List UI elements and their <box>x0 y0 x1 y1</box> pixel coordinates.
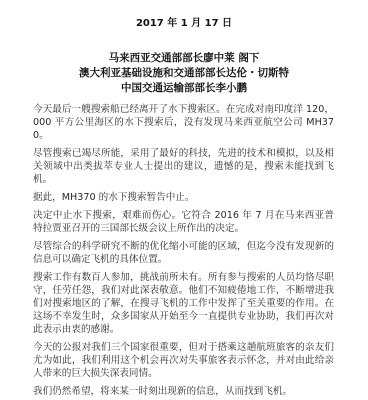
paragraph: 搜索工作有数百人参加，挑战前所未有。所有参与搜索的人员均恪尽职守，任劳任怨，我们… <box>33 271 334 336</box>
paragraph: 决定中止水下搜索，艰难而伤心。它符合 2016 年 7 月在马来西亚普特拉贾亚召… <box>33 209 334 235</box>
paragraph: 今天的公报对我们三个国家很重要，但对于搭乘这趟航班旅客的亲友们尤为如此，我们利用… <box>33 341 334 380</box>
document-date: 2017 年 1 月 17 日 <box>0 17 368 31</box>
recipient-titles: 马来西亚交通部部长廖中莱 阁下 澳大利亚基础设施和交通部部长达伦・切斯特 中国交… <box>0 51 368 96</box>
document-page: 2017 年 1 月 17 日 马来西亚交通部部长廖中莱 阁下 澳大利亚基础设施… <box>0 0 368 400</box>
paragraph: 尽管综合的科学研究不断的优化缩小可能的区域，但迄今没有发现新的信息可以确定飞机的… <box>33 240 334 266</box>
document-body: 今天最后一艘搜索船已经离开了水下搜索区。在完成对南印度洋 120，000 平方公… <box>33 103 334 400</box>
title-china-minister: 中国交通运输部部长李小鹏 <box>0 81 368 96</box>
title-malaysia-minister: 马来西亚交通部部长廖中莱 阁下 <box>0 51 368 66</box>
paragraph: 今天最后一艘搜索船已经离开了水下搜索区。在完成对南印度洋 120，000 平方公… <box>33 103 334 142</box>
title-australia-minister: 澳大利亚基础设施和交通部部长达伦・切斯特 <box>0 66 368 81</box>
paragraph: 我们仍然希望，将来某一时刻出现新的信息，从而找到飞机。 <box>33 385 334 398</box>
paragraph: 尽管搜索已竭尽所能，采用了最好的科技，先进的技术和模拟，以及相关领域中出类拔萃专… <box>33 147 334 186</box>
paragraph: 据此，MH370 的水下搜索暂告中止。 <box>33 191 334 204</box>
